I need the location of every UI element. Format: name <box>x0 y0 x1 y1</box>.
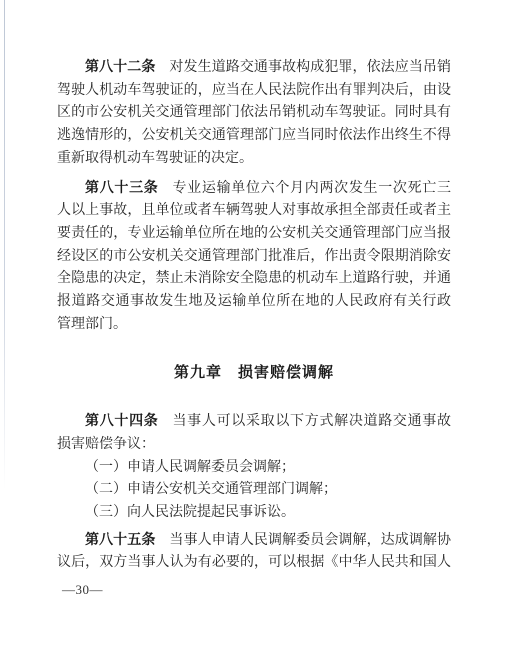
text-line: 逃逸情形的，公安机关交通管理部门应当同时依法作出终生不得 <box>57 125 451 148</box>
article-first-line: 第八十五条当事人申请人民调解委员会调解，达成调解协 <box>57 530 451 553</box>
article-number: 第八十三条 <box>85 181 158 196</box>
article-82: 第八十二条对发生道路交通事故构成犯罪，依法应当吊销驾驶人机动车驾驶证的，应当在人… <box>57 57 451 171</box>
scan-artifact-line <box>4 0 5 490</box>
text-line: 全隐患的决定，禁止未消除安全隐患的机动车上道路行驶，并通 <box>57 268 451 291</box>
text-line: 损害赔偿争议： <box>57 434 451 457</box>
page-number: —30— <box>62 582 103 598</box>
page-body: 第八十二条对发生道路交通事故构成犯罪，依法应当吊销驾驶人机动车驾驶证的，应当在人… <box>57 57 451 575</box>
article-number: 第八十二条 <box>85 60 155 75</box>
text-line: 管理部门。 <box>57 314 451 337</box>
article-number: 第八十四条 <box>85 414 158 429</box>
article-85: 第八十五条当事人申请人民调解委员会调解，达成调解协议后，双方当事人认为有必要的，… <box>57 530 451 575</box>
text-line: 驾驶人机动车驾驶证的，应当在人民法院作出有罪判决后，由设 <box>57 80 451 103</box>
text-line: 报道路交通事故发生地及运输单位所在地的人民政府有关行政 <box>57 291 451 314</box>
text-line: 经设区的市公安机关交通管理部门批准后，作出责令限期消除安 <box>57 246 451 269</box>
article-first-line: 第八十三条专业运输单位六个月内两次发生一次死亡三 <box>57 178 451 201</box>
text-line: 要责任的，专业运输单位所在地的公安机关交通管理部门应当报 <box>57 223 451 246</box>
article-84: 第八十四条当事人可以采取以下方式解决道路交通事故损害赔偿争议：（一）申请人民调解… <box>57 411 451 525</box>
text-line: （一）申请人民调解委员会调解； <box>57 457 451 480</box>
text-line: 重新取得机动车驾驶证的决定。 <box>57 148 451 171</box>
article-number: 第八十五条 <box>85 533 155 548</box>
text-line: （二）申请公安机关交通管理部门调解； <box>57 479 451 502</box>
chapter-9-heading: 第九章 损害赔偿调解 <box>57 362 451 385</box>
article-first-line: 第八十四条当事人可以采取以下方式解决道路交通事故 <box>57 411 451 434</box>
text-line: （三）向人民法院提起民事诉讼。 <box>57 502 451 525</box>
article-first-line: 第八十二条对发生道路交通事故构成犯罪，依法应当吊销 <box>57 57 451 80</box>
text-line: 区的市公安机关交通管理部门依法吊销机动车驾驶证。同时具有 <box>57 102 451 125</box>
text-line: 议后，双方当事人认为有必要的，可以根据《中华人民共和国人 <box>57 552 451 575</box>
document-page: 第八十二条对发生道路交通事故构成犯罪，依法应当吊销驾驶人机动车驾驶证的，应当在人… <box>0 0 505 654</box>
article-83: 第八十三条专业运输单位六个月内两次发生一次死亡三人以上事故，且单位或者车辆驾驶人… <box>57 178 451 337</box>
text-line: 人以上事故，且单位或者车辆驾驶人对事故承担全部责任或者主 <box>57 200 451 223</box>
